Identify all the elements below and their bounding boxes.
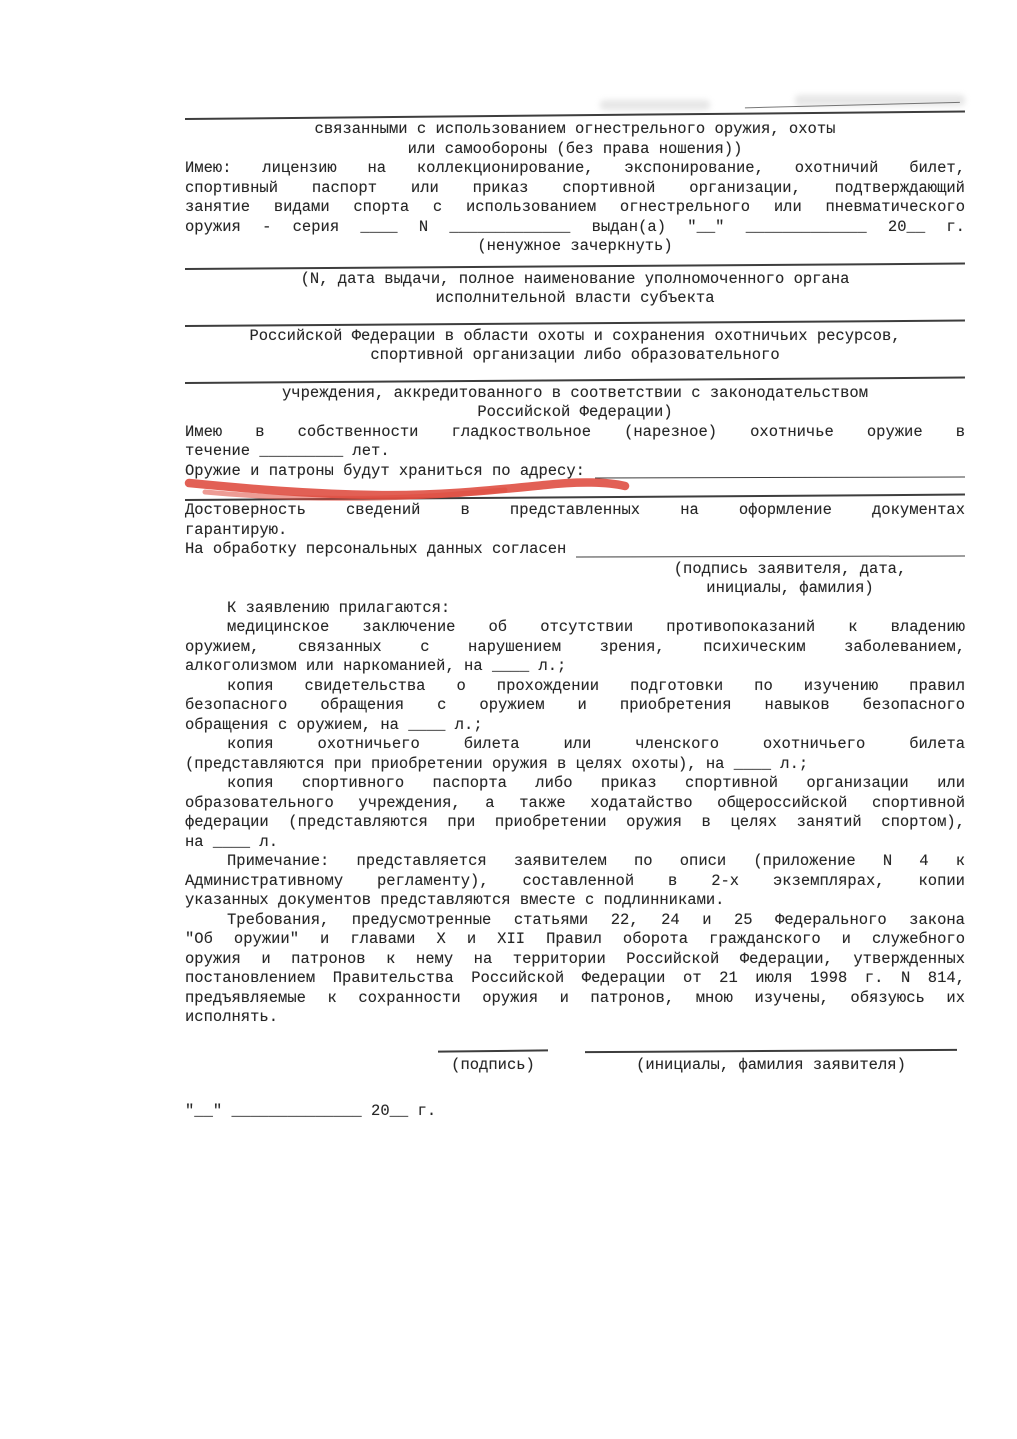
requirements-line-2: "Об оружии" и главами X и XII Правил обо… bbox=[185, 930, 965, 950]
attachment-1-line-1: медицинское заключение об отсутствии про… bbox=[185, 618, 965, 638]
rule-top bbox=[185, 111, 965, 120]
form-content: связанными с использованием огнестрельно… bbox=[185, 118, 965, 1121]
license-para-line-1: Имею: лицензию на коллекционирование, эк… bbox=[185, 159, 965, 179]
personal-data-consent-label: На обработку персональных данных согласе… bbox=[185, 540, 566, 560]
issuer-note-line-2: исполнительной власти субъекта bbox=[185, 289, 965, 309]
issuer-note-line-1: (N, дата выдачи, полное наименование упо… bbox=[185, 270, 965, 290]
requirements-line-3: оружия и патронов к нему на территории Р… bbox=[185, 950, 965, 970]
issuer-note-line-5: учреждения, аккредитованного в соответст… bbox=[185, 384, 965, 404]
issuer-note-line-3: Российской Федерации в области охоты и с… bbox=[185, 327, 965, 347]
license-para-line-2: спортивный паспорт или приказ спортивной… bbox=[185, 179, 965, 199]
scan-smudge bbox=[600, 100, 710, 110]
attachment-3-line-1: копия охотничьего билета или членского о… bbox=[185, 735, 965, 755]
attachment-4-line-1: копия спортивного паспорта либо приказ с… bbox=[185, 774, 965, 794]
initials-caption: (инициалы, фамилия заявителя) bbox=[585, 1056, 957, 1076]
consent-caption-block: (подпись заявителя, дата, инициалы, фами… bbox=[625, 560, 955, 599]
consent-caption-line-1: (подпись заявителя, дата, bbox=[625, 560, 955, 580]
rule bbox=[185, 319, 965, 326]
assurance-line-2: гарантирую. bbox=[185, 521, 965, 541]
signature-blank-line bbox=[438, 1049, 548, 1052]
rule bbox=[185, 494, 965, 501]
attachments-intro: К заявлению прилагаются: bbox=[185, 599, 965, 619]
rule bbox=[185, 376, 965, 383]
requirements-line-5: предъявляемые к сохранности оружия и пат… bbox=[185, 989, 965, 1009]
header-note-line-2: или самообороны (без права ношения)) bbox=[185, 140, 965, 160]
personal-data-consent-line: На обработку персональных данных согласе… bbox=[185, 540, 965, 560]
note-line-3: указанных документов представляются вмес… bbox=[185, 891, 965, 911]
assurance-line-1: Достоверность сведений в представленных … bbox=[185, 501, 965, 521]
attachment-2-line-1: копия свидетельства о прохождении подгот… bbox=[185, 677, 965, 697]
personal-data-consent-blank bbox=[576, 555, 965, 557]
issuer-note-line-4: спортивной организации либо образователь… bbox=[185, 346, 965, 366]
attachment-1-line-2: оружием, связанных с нарушением зрения, … bbox=[185, 638, 965, 658]
header-note-line-1: связанными с использованием огнестрельно… bbox=[185, 120, 965, 140]
storage-address-label: Оружие и патроны будут храниться по адре… bbox=[185, 462, 585, 482]
attachment-4-line-4: на ____ л. bbox=[185, 833, 965, 853]
rule bbox=[185, 262, 965, 269]
signature-caption: (подпись) bbox=[413, 1056, 573, 1076]
storage-address-line: Оружие и патроны будут храниться по адре… bbox=[185, 462, 965, 482]
attachment-4-line-3: федерации (представляются при приобретен… bbox=[185, 813, 965, 833]
consent-caption-line-2: инициалы, фамилия) bbox=[625, 579, 955, 599]
license-series-number-line: оружия - серия ____ N _____________ выда… bbox=[185, 218, 965, 238]
license-para-line-3: занятие видами спорта с использованием о… bbox=[185, 198, 965, 218]
note-line-1: Примечание: представляется заявителем по… bbox=[185, 852, 965, 872]
attachment-2-line-3: обращения с оружием, на ____ л.; bbox=[185, 716, 965, 736]
attachment-3-line-2: (представляются при приобретении оружия … bbox=[185, 755, 965, 775]
attachment-1-line-3: алкоголизмом или наркоманией, на ____ л.… bbox=[185, 657, 965, 677]
ownership-years-line: течение _________ лет. bbox=[185, 442, 965, 462]
attachment-2-line-2: безопасного обращения с оружием и приобр… bbox=[185, 696, 965, 716]
requirements-line-4: постановлением Правительства Российской … bbox=[185, 969, 965, 989]
rule-top-double-stroke bbox=[745, 102, 960, 108]
scanned-form-page: связанными с использованием огнестрельно… bbox=[0, 0, 1017, 1439]
note-line-2: Административному регламенту), составлен… bbox=[185, 872, 965, 892]
attachment-4-line-2: образовательного учреждения, а также ход… bbox=[185, 794, 965, 814]
signature-row: (подпись) (инициалы, фамилия заявителя) bbox=[185, 1050, 965, 1092]
storage-address-blank bbox=[595, 477, 965, 479]
date-blank-line: "__" ______________ 20__ г. bbox=[185, 1102, 965, 1122]
strike-out-note: (ненужное зачеркнуть) bbox=[185, 237, 965, 257]
ownership-line-1: Имею в собственности гладкоствольное (на… bbox=[185, 423, 965, 443]
initials-blank-line bbox=[585, 1048, 957, 1052]
issuer-note-line-6: Российской Федерации) bbox=[185, 403, 965, 423]
requirements-line-1: Требования, предусмотренные статьями 22,… bbox=[185, 911, 965, 931]
requirements-line-6: исполнять. bbox=[185, 1008, 965, 1028]
